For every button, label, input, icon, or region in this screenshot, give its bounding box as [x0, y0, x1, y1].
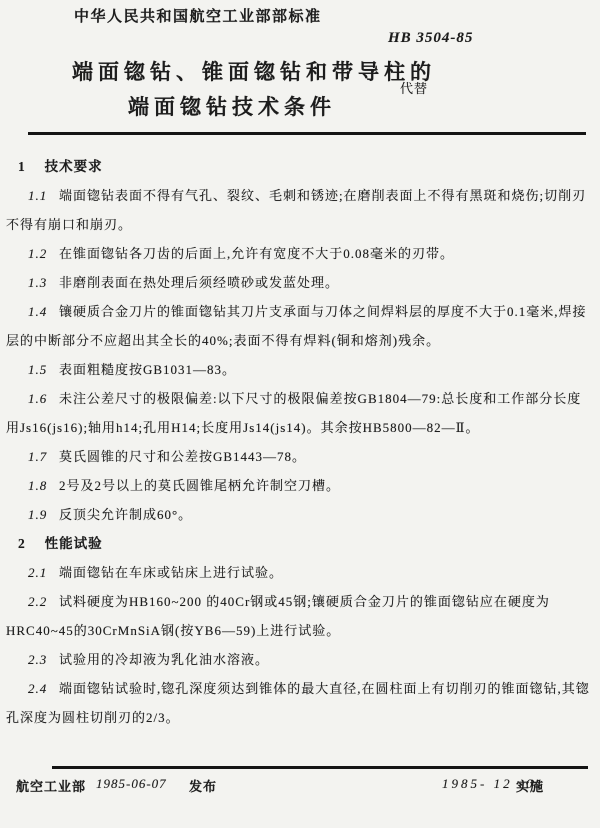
clause-number: 1.7 — [28, 449, 59, 464]
clause-number: 1.6 — [28, 391, 59, 406]
scanned-standard-page: 中华人民共和国航空工业部部标准 HB 3504-85 端面锪钻、锥面锪钻和带导柱… — [0, 0, 600, 828]
clause-2-2: 2.2试料硬度为HB160~200 的40Cr钢或45钢;镶硬质合金刀片的锥面锪… — [6, 587, 592, 645]
section-title: 性能试验 — [45, 536, 103, 551]
clause-number: 1.9 — [28, 507, 59, 522]
issue-label: 发布 — [189, 776, 217, 795]
clause-1-6: 1.6未注公差尺寸的极限偏差:以下尺寸的极限偏差按GB1804—79:总长度和工… — [6, 384, 592, 442]
document-title-line1: 端面锪钻、锥面锪钻和带导柱的 — [72, 56, 436, 86]
clause-text: 非磨削表面在热处理后须经喷砂或发蓝处理。 — [59, 275, 339, 290]
clause-number: 2.2 — [28, 594, 59, 609]
clause-number: 2.4 — [28, 681, 59, 696]
clause-1-2: 1.2在锥面锪钻各刀齿的后面上,允许有宽度不大于0.08毫米的刃带。 — [6, 239, 592, 268]
clause-1-9: 1.9反顶尖允许制成60°。 — [6, 500, 592, 529]
clause-text: 未注公差尺寸的极限偏差:以下尺寸的极限偏差按GB1804—79:总长度和工作部分… — [6, 391, 581, 435]
document-title-line2: 端面锪钻技术条件 — [128, 91, 336, 121]
section-title: 技术要求 — [45, 159, 103, 174]
clause-text: 表面粗糙度按GB1031—83。 — [59, 362, 236, 377]
clause-number: 1.3 — [28, 275, 59, 290]
standard-number: HB 3504-85 — [388, 30, 473, 47]
clause-text: 在锥面锪钻各刀齿的后面上,允许有宽度不大于0.08毫米的刃带。 — [59, 246, 454, 261]
section-number: 1 — [18, 159, 45, 174]
clause-number: 1.5 — [28, 362, 59, 377]
clause-number: 1.4 — [28, 304, 59, 319]
section-heading-2: 2性能试验 — [6, 529, 592, 558]
issue-date: 1985-06-07 — [96, 776, 167, 792]
clause-number: 2.1 — [28, 565, 59, 580]
clause-2-1: 2.1端面锪钻在车床或钻床上进行试验。 — [6, 558, 592, 587]
section-number: 2 — [18, 536, 45, 551]
section-heading-1: 1技术要求 — [6, 152, 592, 181]
document-header: 中华人民共和国航空工业部部标准 HB 3504-85 端面锪钻、锥面锪钻和带导柱… — [0, 0, 600, 140]
replaces-label: 代替 — [400, 78, 428, 97]
clause-text: 试料硬度为HB160~200 的40Cr钢或45钢;镶硬质合金刀片的锥面锪钻应在… — [6, 594, 550, 638]
clause-text: 端面锪钻试验时,锪孔深度须达到锥体的最大直径,在圆柱面上有切削刃的锥面锪钻,其锪… — [6, 681, 590, 725]
document-body: 1技术要求 1.1端面锪钻表面不得有气孔、裂纹、毛刺和锈迹;在磨削表面上不得有黑… — [0, 152, 600, 732]
clause-number: 1.2 — [28, 246, 59, 261]
clause-text: 镶硬质合金刀片的锥面锪钻其刀片支承面与刀体之间焊料层的厚度不大于0.1毫米,焊接… — [6, 304, 586, 348]
document-footer: 航空工业部 1985-06-07 发布 1985- 12 -01 实施 — [0, 772, 600, 802]
clause-number: 1.1 — [28, 188, 59, 203]
header-divider — [28, 132, 586, 135]
implementation-label: 实施 — [516, 776, 544, 795]
clause-text: 端面锪钻表面不得有气孔、裂纹、毛刺和锈迹;在磨削表面上不得有黑斑和烧伤;切削刃不… — [6, 188, 586, 232]
clause-1-5: 1.5表面粗糙度按GB1031—83。 — [6, 355, 592, 384]
clause-1-4: 1.4镶硬质合金刀片的锥面锪钻其刀片支承面与刀体之间焊料层的厚度不大于0.1毫米… — [6, 297, 592, 355]
footer-divider — [52, 766, 588, 769]
clause-1-7: 1.7莫氏圆锥的尺寸和公差按GB1443—78。 — [6, 442, 592, 471]
clause-text: 莫氏圆锥的尺寸和公差按GB1443—78。 — [59, 449, 306, 464]
clause-2-3: 2.3试验用的冷却液为乳化油水溶液。 — [6, 645, 592, 674]
clause-text: 端面锪钻在车床或钻床上进行试验。 — [59, 565, 283, 580]
clause-text: 试验用的冷却液为乳化油水溶液。 — [59, 652, 269, 667]
clause-number: 2.3 — [28, 652, 59, 667]
clause-text: 反顶尖允许制成60°。 — [59, 507, 192, 522]
clause-text: 2号及2号以上的莫氏圆锥尾柄允许制空刀槽。 — [59, 478, 340, 493]
issuing-authority: 航空工业部 — [16, 776, 86, 795]
clause-2-4: 2.4端面锪钻试验时,锪孔深度须达到锥体的最大直径,在圆柱面上有切削刃的锥面锪钻… — [6, 674, 592, 732]
clause-number: 1.8 — [28, 478, 59, 493]
clause-1-8: 1.82号及2号以上的莫氏圆锥尾柄允许制空刀槽。 — [6, 471, 592, 500]
clause-1-3: 1.3非磨削表面在热处理后须经喷砂或发蓝处理。 — [6, 268, 592, 297]
clause-1-1: 1.1端面锪钻表面不得有气孔、裂纹、毛刺和锈迹;在磨削表面上不得有黑斑和烧伤;切… — [6, 181, 592, 239]
org-standard-label: 中华人民共和国航空工业部部标准 — [74, 5, 322, 26]
